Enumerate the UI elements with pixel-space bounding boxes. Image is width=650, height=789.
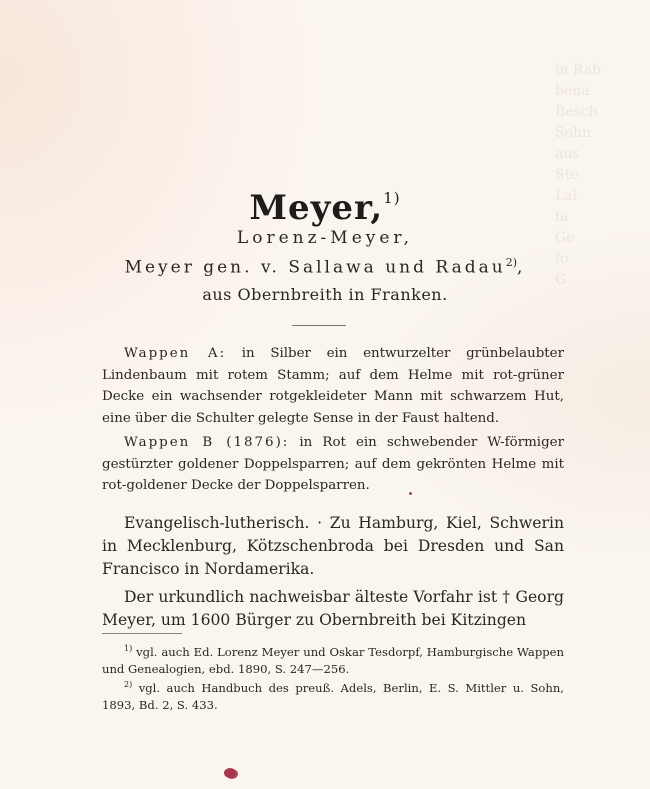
footnote-2-text: vgl. auch Handbuch des preuß. Adels, Ber… bbox=[102, 681, 564, 712]
footnote-1: 1) vgl. auch Ed. Lorenz Meyer und Oskar … bbox=[102, 640, 564, 678]
family-name: Meyer, bbox=[249, 188, 383, 228]
body-paragraph-religion-locations: Evangelisch-lutherisch. · Zu Hamburg, Ki… bbox=[102, 512, 564, 581]
footnote-2: 2) vgl. auch Handbuch des preuß. Adels, … bbox=[102, 676, 564, 714]
origin-line: aus Obernbreith in Franken. bbox=[0, 285, 650, 304]
library-stamp-mark bbox=[224, 768, 236, 778]
coat-of-arms-b: Wappen B (1876): in Rot ein schwebender … bbox=[102, 432, 564, 497]
book-page: in RabbenaBeschSohnausSteLalfaGefoG Meye… bbox=[0, 0, 650, 789]
footnote-ref-2: 2) bbox=[506, 256, 517, 269]
footnote-1-text: vgl. auch Ed. Lorenz Meyer und Oskar Tes… bbox=[102, 645, 564, 676]
name-variant-2: Meyer gen. v. Sallawa und Radau2), bbox=[0, 256, 650, 278]
footnote-divider bbox=[102, 633, 182, 634]
footnote-1-marker: 1) bbox=[124, 644, 132, 653]
ink-speck bbox=[409, 492, 412, 495]
footnote-2-marker: 2) bbox=[124, 680, 132, 689]
section-divider bbox=[292, 325, 346, 326]
name-variant-1: Lorenz-Meyer, bbox=[0, 228, 650, 248]
name-variant-2-suffix: , bbox=[517, 258, 525, 278]
coat-of-arms-b-label: Wappen B (1876): bbox=[124, 435, 289, 450]
coat-of-arms-a-label: Wappen A: bbox=[124, 346, 226, 361]
footnote-ref-1: 1) bbox=[383, 189, 400, 207]
coat-of-arms-a: Wappen A: in Silber ein entwurzelter grü… bbox=[102, 343, 564, 429]
name-variant-2-text: Meyer gen. v. Sallawa und Radau bbox=[125, 258, 506, 278]
body-paragraph-ancestor: Der urkundlich nachweisbar älteste Vorfa… bbox=[102, 586, 564, 632]
family-name-heading: Meyer,1) bbox=[0, 188, 650, 228]
